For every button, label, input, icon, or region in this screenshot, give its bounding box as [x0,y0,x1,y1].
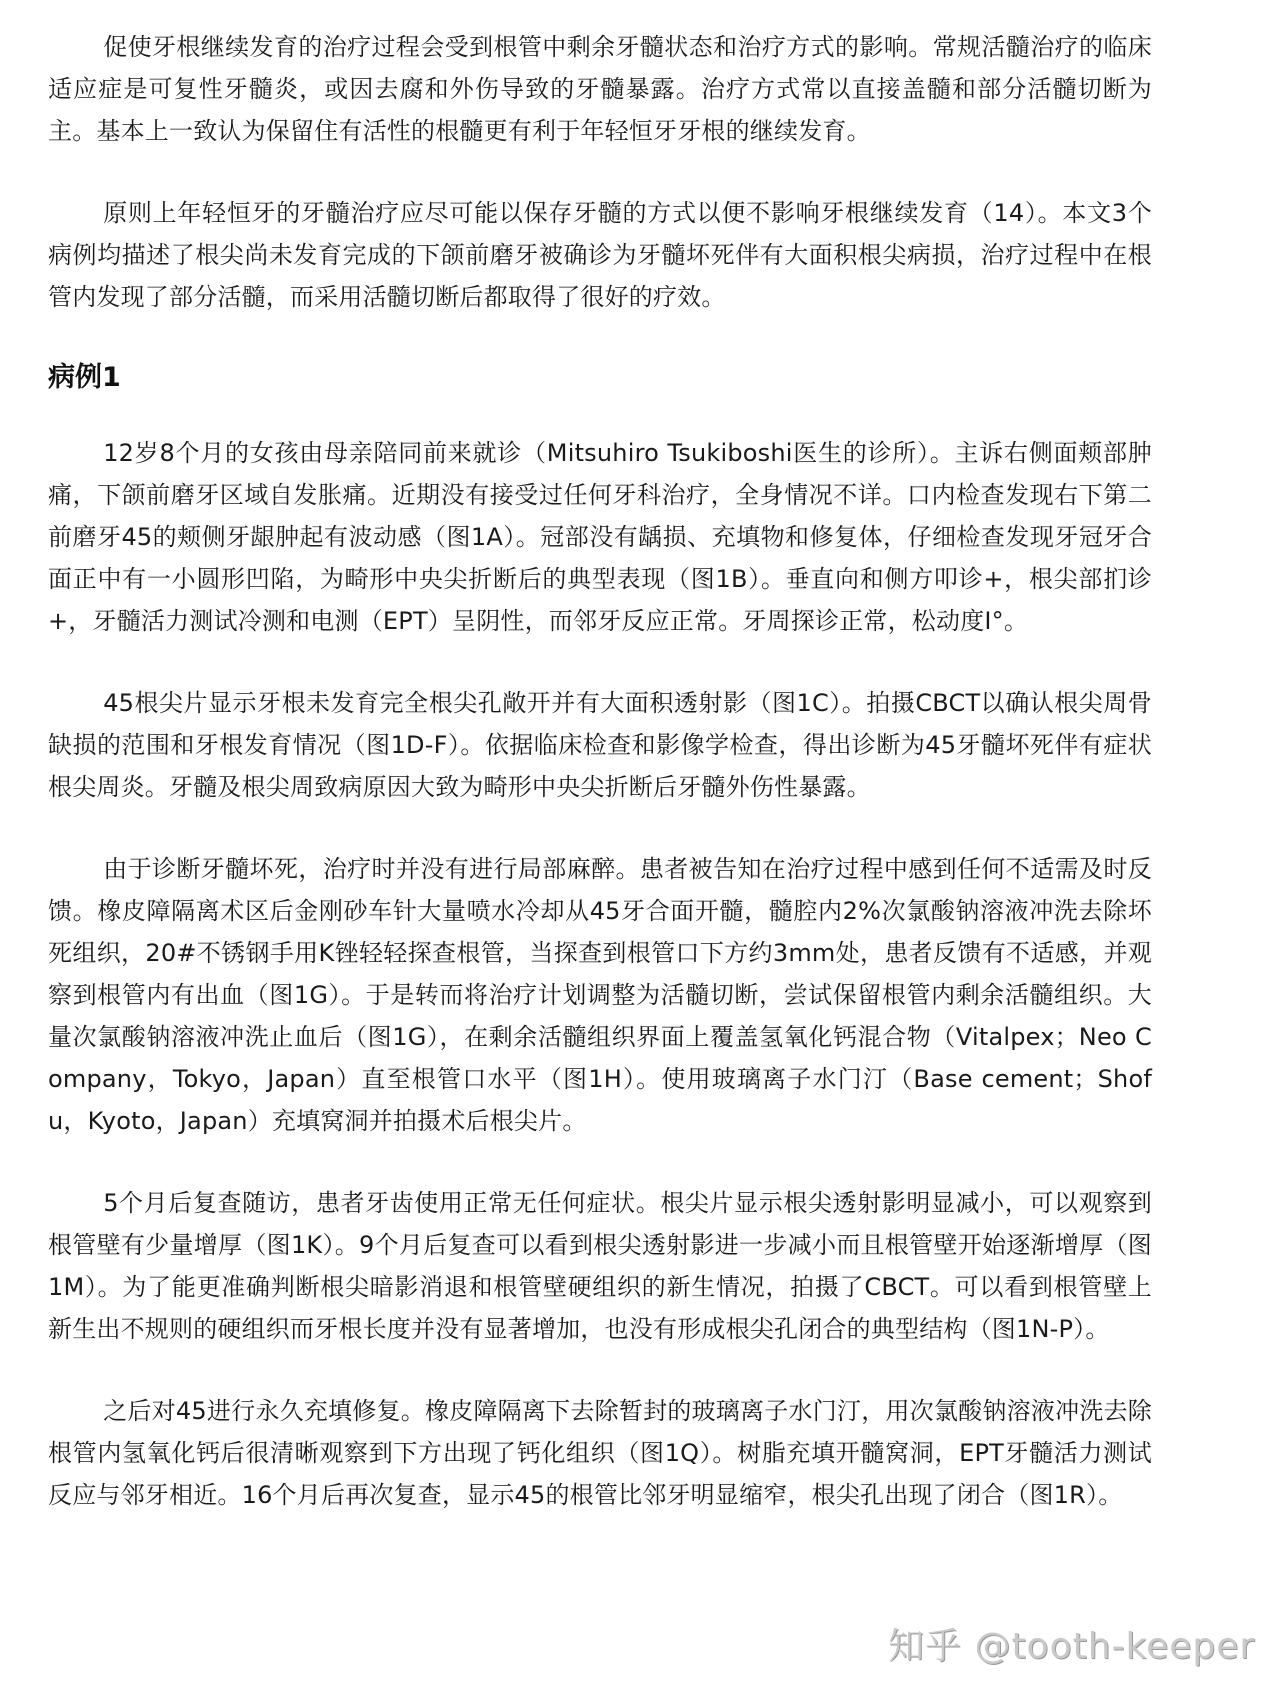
case-paragraph-1: 12岁8个月的女孩由母亲陪同前来就诊（Mitsuhiro Tsukiboshi医… [48,432,1152,642]
case-paragraph-5: 之后对45进行永久充填修复。橡皮障隔离下去除暂封的玻璃离子水门汀，用次氯酸钠溶液… [48,1390,1152,1516]
zhihu-watermark: 知乎 @tooth-keeper [888,1618,1255,1669]
case-paragraph-3: 由于诊断牙髓坏死，治疗时并没有进行局部麻醉。患者被告知在治疗过程中感到任何不适需… [48,848,1152,1142]
case-paragraph-4: 5个月后复查随访，患者牙齿使用正常无任何症状。根尖片显示根尖透射影明显减小，可以… [48,1182,1152,1350]
intro-paragraph-1: 促使牙根继续发育的治疗过程会受到根管中剩余牙髓状态和治疗方式的影响。常规活髓治疗… [48,26,1152,152]
section-heading-case-1: 病例1 [48,358,1152,398]
article-body: 促使牙根继续发育的治疗过程会受到根管中剩余牙髓状态和治疗方式的影响。常规活髓治疗… [48,26,1152,1556]
case-paragraph-2: 45根尖片显示牙根未发育完全根尖孔敞开并有大面积透射影（图1C）。拍摄CBCT以… [48,682,1152,808]
intro-paragraph-2: 原则上年轻恒牙的牙髓治疗应尽可能以保存牙髓的方式以便不影响牙根继续发育（14）。… [48,192,1152,318]
